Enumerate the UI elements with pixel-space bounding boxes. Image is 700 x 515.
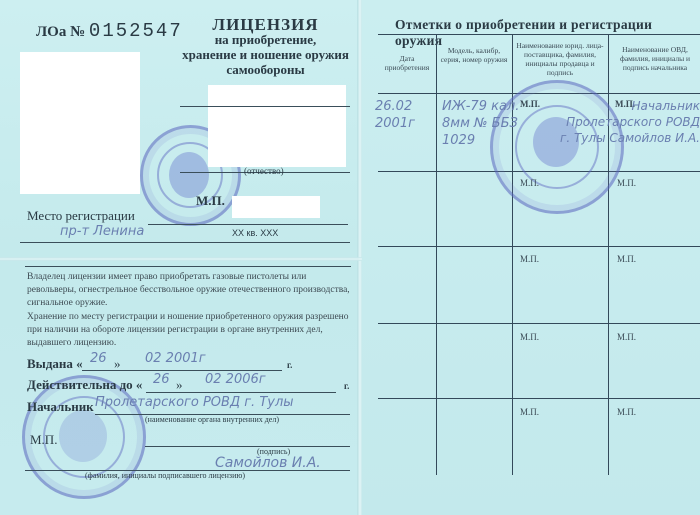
- authority-caption: (наименование органа внутренних дел): [145, 415, 279, 424]
- row-2-ovd-mark: М.П.: [617, 178, 636, 188]
- chief-label: Начальник: [27, 399, 94, 415]
- license-serial: ЛОа № 0152547: [36, 20, 183, 42]
- column-header-date: Дата приобретения: [380, 54, 434, 72]
- registration-handwritten: пр-т Ленина: [60, 224, 144, 239]
- valid-until-month-year: 02 2006г: [205, 372, 266, 387]
- eagle-emblem-icon: [169, 152, 209, 198]
- license-subtitle-line-2: хранение и ношение оружия: [178, 47, 353, 62]
- storage-paragraph: Хранение по месту регистрации и ношение …: [27, 311, 352, 350]
- serial-prefix: ЛОа №: [36, 24, 85, 40]
- patronymic-caption: (отчество): [244, 166, 284, 176]
- name-redaction: [208, 85, 346, 167]
- issued-month-year: 02 2001г: [145, 351, 206, 366]
- rights-paragraph: Владелец лицензии имеет право приобретат…: [27, 271, 352, 310]
- row-5-ovd-mark: М.П.: [617, 407, 636, 417]
- row-2-seller-mark: М.П.: [520, 178, 539, 188]
- license-subtitle-line-3: самообороны: [178, 62, 353, 77]
- registration-redaction: [232, 196, 320, 218]
- row-4-ovd-mark: М.П.: [617, 332, 636, 342]
- serial-number: 0152547: [89, 20, 183, 42]
- stamp-mark-top: М.П.: [196, 193, 225, 209]
- column-header-model: Модель, калибр, серия, номер оружия: [438, 46, 510, 64]
- column-header-seller: Наименование юрид. лица-поставщика, фами…: [514, 41, 606, 77]
- registration-address: XX кв. XXX: [232, 228, 278, 238]
- stamp-mark-bottom: М.П.: [30, 432, 57, 448]
- eagle-emblem-icon: [59, 410, 107, 462]
- issued-day: 26: [90, 351, 107, 366]
- issued-suffix: г.: [287, 360, 292, 370]
- column-header-ovd: Наименование ОВД, фамилия, инициалы и по…: [610, 45, 700, 72]
- row-1-date: 26.02 2001г: [375, 98, 435, 132]
- row-5-seller-mark: М.П.: [520, 407, 539, 417]
- signer-caption: (фамилия, инициалы подписавшего лицензию…: [85, 471, 245, 480]
- row-1-model: ИЖ-79 кал. 8мм № ББЗ 1029: [442, 98, 522, 149]
- chief-handwritten: Пролетарского РОВД г. Тулы: [95, 395, 294, 410]
- row-3-seller-mark: М.П.: [520, 254, 539, 264]
- valid-until-day: 26: [153, 372, 170, 387]
- photo-redaction: [20, 52, 140, 194]
- license-title-block: ЛИЦЕНЗИЯ на приобретение, хранение и нош…: [178, 17, 353, 77]
- signer-handwritten: Самойлов И.А.: [215, 455, 321, 471]
- license-title: ЛИЦЕНЗИЯ: [178, 17, 353, 32]
- row-1-seller-mark: М.П.: [520, 99, 540, 109]
- valid-until-label: Действительна до «: [27, 377, 142, 393]
- row-3-ovd-mark: М.П.: [617, 254, 636, 264]
- row-4-seller-mark: М.П.: [520, 332, 539, 342]
- registration-label: Место регистрации: [27, 208, 135, 224]
- valid-until-suffix: г.: [344, 381, 349, 391]
- license-subtitle-line-1: на приобретение,: [178, 32, 353, 47]
- row-1-ovd-handwritten: Начальник Пролетарского РОВД г. Тулы Сам…: [555, 98, 700, 146]
- issued-label: Выдана «: [27, 356, 83, 372]
